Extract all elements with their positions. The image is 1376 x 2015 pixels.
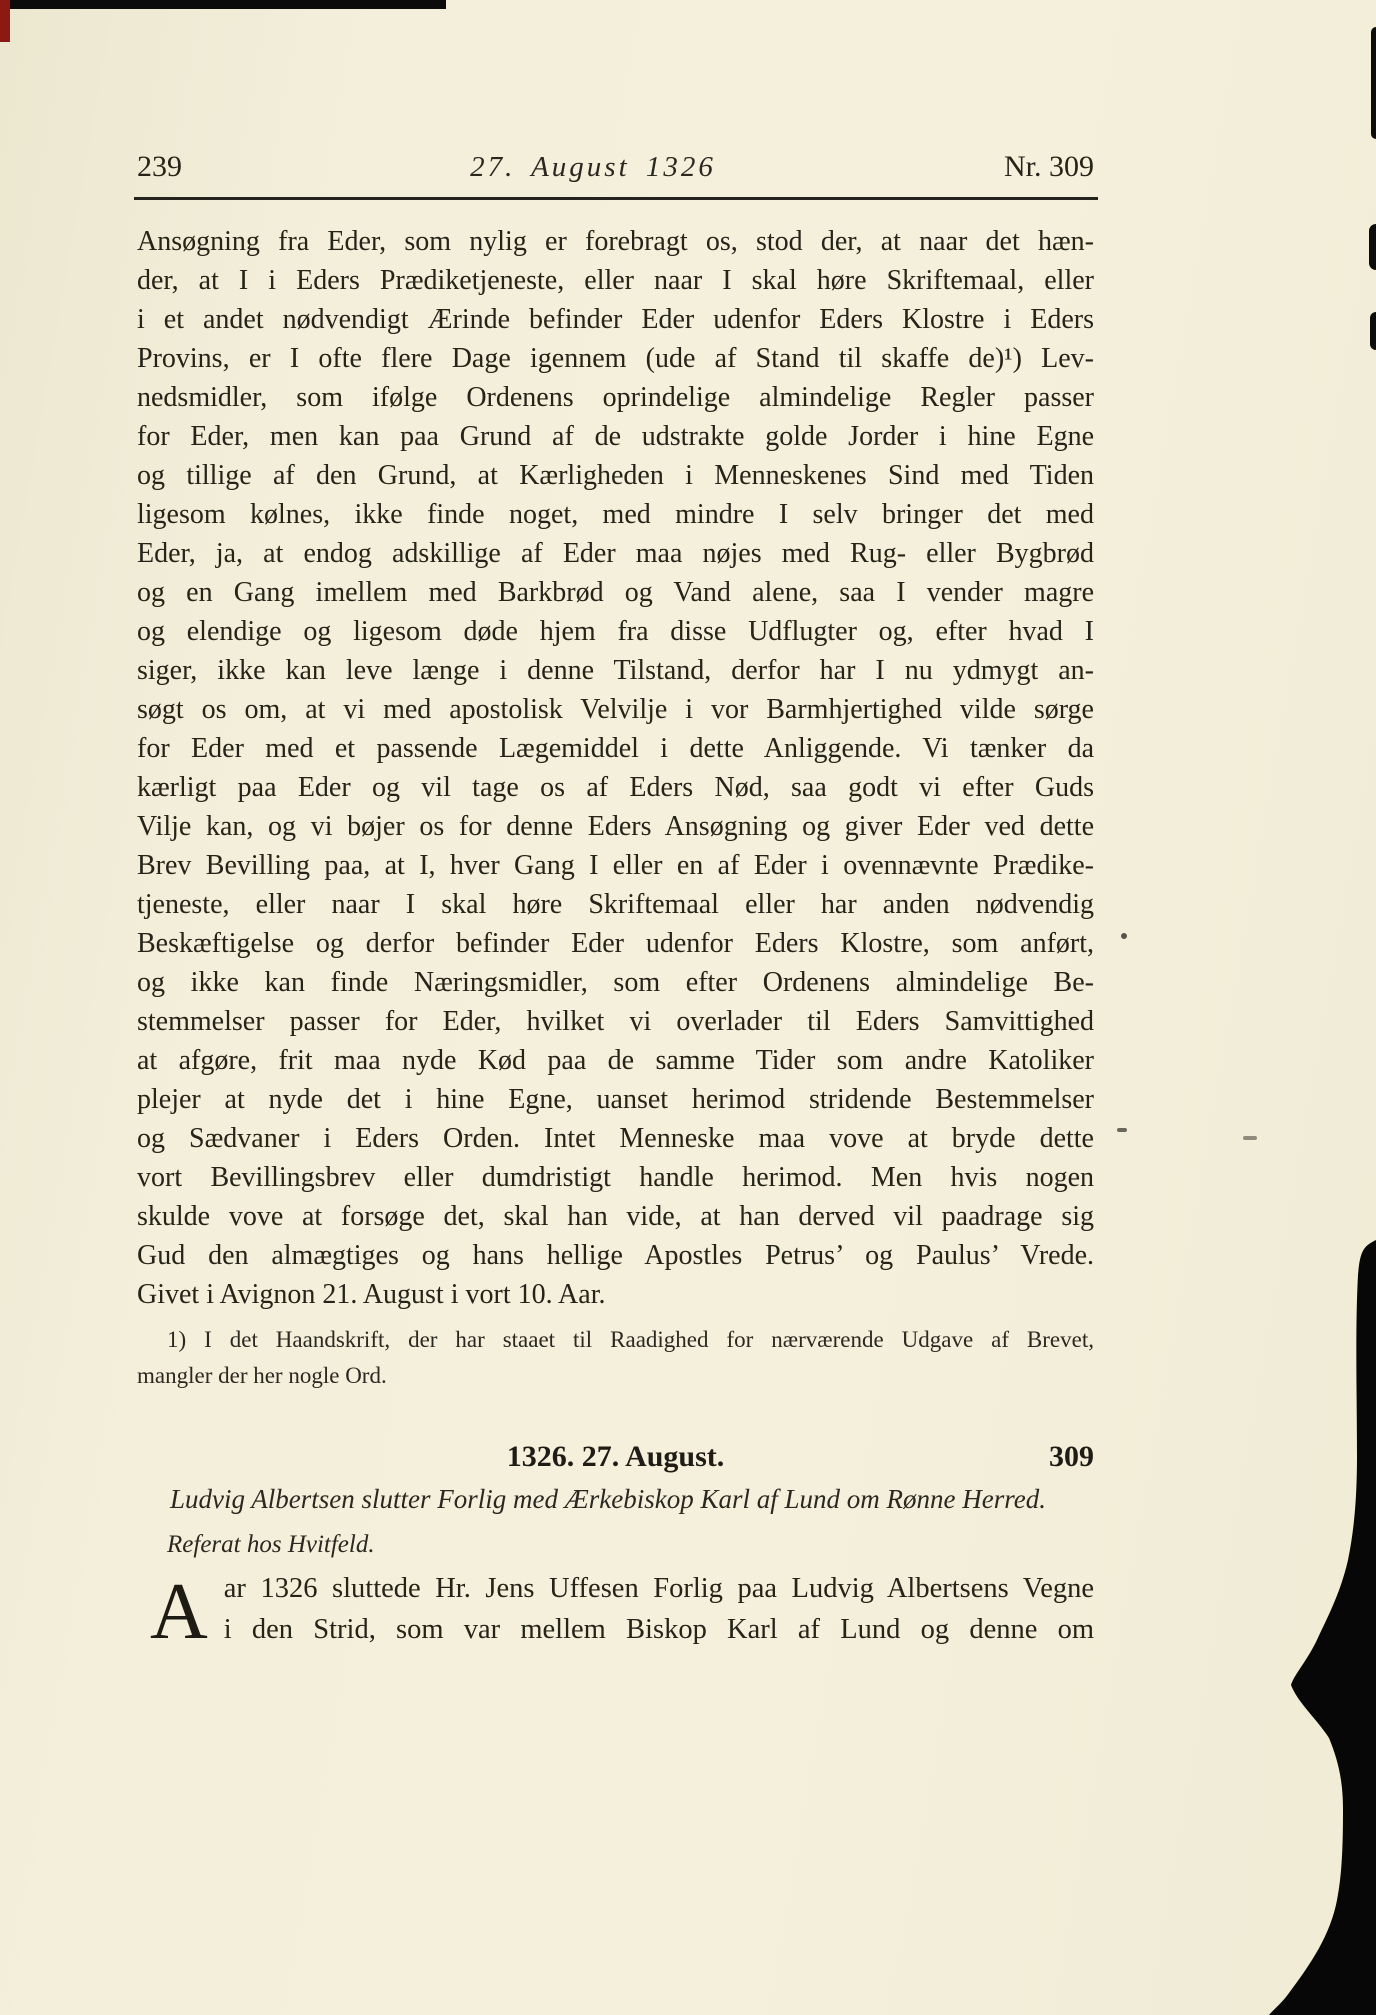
text-line: og ikke kan finde Næringsmidler, som eft… — [137, 963, 1094, 1002]
text-line: Provins, er I ofte flere Dage igennem (u… — [137, 339, 1094, 378]
entry-number: 309 — [1049, 1440, 1094, 1474]
text-line: søgt os om, at vi med apostolisk Velvilj… — [137, 690, 1094, 729]
text-line: i et andet nødvendigt Ærinde befinder Ed… — [137, 300, 1094, 339]
text-line: vort Bevillingsbrev eller dumdristigt ha… — [137, 1158, 1094, 1197]
text-line: Beskæftigelse og derfor befinder Eder ud… — [137, 924, 1094, 963]
drop-cap: A — [150, 1572, 208, 1652]
text-line: Brev Bevilling paa, at I, hver Gang I el… — [137, 846, 1094, 885]
text-line: Ansøgning fra Eder, som nylig er forebra… — [137, 222, 1094, 261]
page-number: 239 — [137, 150, 182, 184]
text-line: kærligt paa Eder og vil tage os af Eders… — [137, 768, 1094, 807]
text-line: siger, ikke kan leve længe i denne Tilst… — [137, 651, 1094, 690]
text-line: skulde vove at forsøge det, skal han vid… — [137, 1197, 1094, 1236]
document-number: Nr. 309 — [1004, 150, 1094, 184]
text-line: for Eder med et passende Lægemiddel i de… — [137, 729, 1094, 768]
entry-paragraph-lines: ar 1326 sluttede Hr. Jens Uffesen Forlig… — [150, 1568, 1094, 1650]
running-title: 27. August 1326 — [470, 151, 716, 184]
scan-artifact-top-bar — [0, 0, 446, 9]
entry-date-heading: 1326. 27. August. — [507, 1440, 725, 1473]
footnote: 1) I det Haandskrift, der har staaet til… — [137, 1322, 1094, 1394]
footnote-line: mangler der her nogle Ord. — [137, 1358, 1094, 1394]
text-line: Vilje kan, og vi bøjer os for denne Eder… — [137, 807, 1094, 846]
header-rule — [134, 197, 1098, 200]
text-line: ligesom kølnes, ikke finde noget, med mi… — [137, 495, 1094, 534]
text-line: for Eder, men kan paa Grund af de udstra… — [137, 417, 1094, 456]
text-line: tjeneste, eller naar I skal høre Skrifte… — [137, 885, 1094, 924]
text-line: Eder, ja, at endog adskillige af Eder ma… — [137, 534, 1094, 573]
text-line: Givet i Avignon 21. August i vort 10. Aa… — [137, 1275, 1094, 1314]
scan-artifact-page-edge — [1370, 312, 1376, 350]
entry-reference: Referat hos Hvitfeld. — [167, 1531, 375, 1559]
text-line: at afgøre, frit maa nyde Kød paa de samm… — [137, 1041, 1094, 1080]
entry-heading-row: 1326. 27. August. 309 — [137, 1440, 1094, 1474]
scan-speck — [1121, 933, 1127, 939]
scan-artifact-page-edge — [1369, 224, 1376, 270]
page-header: 239 27. August 1326 Nr. 309 — [137, 150, 1094, 184]
text-line: og elendige og ligesom døde hjem fra dis… — [137, 612, 1094, 651]
text-line: og tillige af den Grund, at Kærligheden … — [137, 456, 1094, 495]
text-line: plejer at nyde det i hine Egne, uanset h… — [137, 1080, 1094, 1119]
letter-body: Ansøgning fra Eder, som nylig er forebra… — [137, 222, 1094, 1314]
entry-paragraph: A ar 1326 sluttede Hr. Jens Uffesen Forl… — [150, 1568, 1094, 1652]
scan-artifact-red-mark — [0, 0, 10, 42]
text-line: stemmelser passer for Eder, hvilket vi o… — [137, 1002, 1094, 1041]
text-line: Gud den almægtiges og hans hellige Apost… — [137, 1236, 1094, 1275]
book-page: 239 27. August 1326 Nr. 309 Ansøgning fr… — [0, 0, 1376, 2015]
text-line: der, at I i Eders Prædiketjeneste, eller… — [137, 261, 1094, 300]
text-line: nedsmidler, som ifølge Ordenens oprindel… — [137, 378, 1094, 417]
text-line: i den Strid, som var mellem Biskop Karl … — [150, 1609, 1094, 1650]
text-line: ar 1326 sluttede Hr. Jens Uffesen Forlig… — [150, 1568, 1094, 1609]
entry-summary: Ludvig Albertsen slutter Forlig med Ærke… — [170, 1484, 1096, 1515]
text-line: og en Gang imellem med Barkbrød og Vand … — [137, 573, 1094, 612]
scan-artifact-page-edge — [1371, 27, 1376, 139]
text-line: og Sædvaner i Eders Orden. Intet Mennesk… — [137, 1119, 1094, 1158]
footnote-line: 1) I det Haandskrift, der har staaet til… — [137, 1322, 1094, 1358]
